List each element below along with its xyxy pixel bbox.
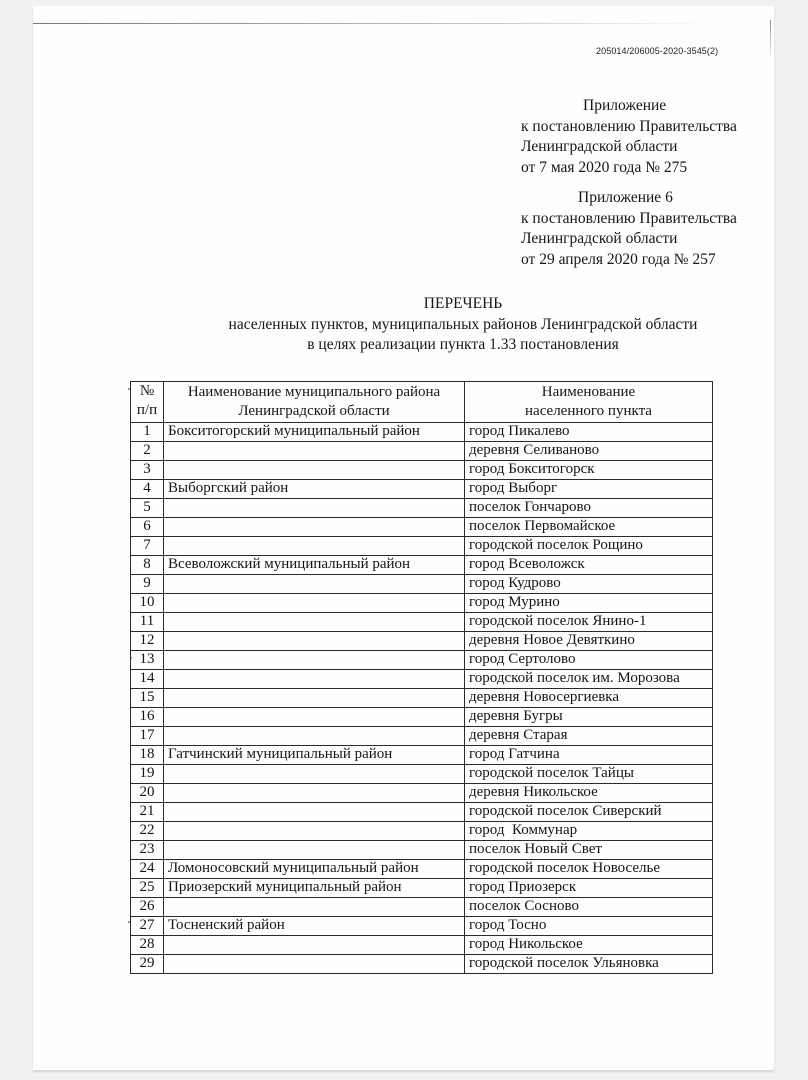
row-number: 21: [131, 803, 164, 822]
settlement-name: поселок Гончарово: [465, 499, 713, 518]
heading-title: ПЕРЕЧЕНЬ: [133, 294, 793, 315]
table-row: 9город Кудрово: [131, 575, 713, 594]
column-header-settlement: Наименование населенного пункта: [465, 382, 713, 423]
district-name: [164, 841, 465, 860]
table-row: 2деревня Селиваново: [131, 442, 713, 461]
document-page: 205014/206005-2020-3545(2) Приложение к …: [33, 6, 774, 1070]
row-number: 8: [131, 556, 164, 575]
table-row: 8Всеволожский муниципальный районгород В…: [131, 556, 713, 575]
settlements-table: № п/п Наименование муниципального района…: [130, 381, 713, 974]
document-number: 205014/206005-2020-3545(2): [596, 46, 718, 56]
row-number: 27: [131, 917, 164, 936]
column-header-number: № п/п: [131, 382, 164, 423]
scan-artifact-line: [33, 23, 713, 24]
row-number: 2: [131, 442, 164, 461]
table-row: 12деревня Новое Девяткино: [131, 632, 713, 651]
table-row: 24Ломоносовский муниципальный районгород…: [131, 860, 713, 879]
table-row: 11городской поселок Янино-1: [131, 613, 713, 632]
settlement-name: город Гатчина: [465, 746, 713, 765]
row-number: 25: [131, 879, 164, 898]
settlement-name: деревня Новое Девяткино: [465, 632, 713, 651]
settlement-name: деревня Бугры: [465, 708, 713, 727]
heading-line: в целях реализации пункта 1.33 постановл…: [133, 335, 793, 356]
settlement-name: деревня Старая: [465, 727, 713, 746]
table-row: 21городской поселок Сиверский: [131, 803, 713, 822]
row-number: 14: [131, 670, 164, 689]
table-row: 5поселок Гончарово: [131, 499, 713, 518]
district-name: [164, 689, 465, 708]
table-row: 14городской поселок им. Морозова: [131, 670, 713, 689]
district-name: [164, 651, 465, 670]
district-name: [164, 537, 465, 556]
district-name: [164, 613, 465, 632]
district-name: Бокситогорский муниципальный район: [164, 423, 465, 442]
settlement-name: город Тосно: [465, 917, 713, 936]
appendix-line: к постановлению Правительства: [521, 117, 781, 138]
row-number: 7: [131, 537, 164, 556]
appendix-title: Приложение 6: [521, 188, 781, 209]
table-row: 26поселок Сосново: [131, 898, 713, 917]
district-name: [164, 727, 465, 746]
settlement-name: городской поселок Рощино: [465, 537, 713, 556]
district-name: [164, 461, 465, 480]
table-row: 10город Мурино: [131, 594, 713, 613]
settlement-name: город Никольское: [465, 936, 713, 955]
district-name: [164, 898, 465, 917]
district-name: Всеволожский муниципальный район: [164, 556, 465, 575]
settlement-name: деревня Новосергиевка: [465, 689, 713, 708]
settlement-name: поселок Первомайское: [465, 518, 713, 537]
row-number: 20: [131, 784, 164, 803]
settlement-name: городской поселок им. Морозова: [465, 670, 713, 689]
district-name: [164, 936, 465, 955]
heading-line: населенных пунктов, муниципальных районо…: [133, 315, 793, 336]
settlement-name: город Пикалево: [465, 423, 713, 442]
settlement-name: город Бокситогорск: [465, 461, 713, 480]
table-row: 23поселок Новый Свет: [131, 841, 713, 860]
row-number: 17: [131, 727, 164, 746]
district-name: Тосненский район: [164, 917, 465, 936]
district-name: [164, 518, 465, 537]
settlement-name: городской поселок Ульяновка: [465, 955, 713, 974]
table-row: 20деревня Никольское: [131, 784, 713, 803]
appendix-reference-2: Приложение 6 к постановлению Правительст…: [521, 188, 781, 270]
appendix-line: от 29 апреля 2020 года № 257: [521, 250, 781, 271]
row-number: 3: [131, 461, 164, 480]
district-name: [164, 784, 465, 803]
settlement-name: городской поселок Янино-1: [465, 613, 713, 632]
row-number: 6: [131, 518, 164, 537]
district-name: Гатчинский муниципальный район: [164, 746, 465, 765]
district-name: [164, 499, 465, 518]
appendix-line: от 7 мая 2020 года № 275: [521, 158, 781, 179]
table-row: 4Выборгский районгород Выборг: [131, 480, 713, 499]
appendix-reference-1: Приложение к постановлению Правительства…: [521, 96, 781, 178]
scan-artifact-edge: [770, 20, 771, 60]
district-name: [164, 632, 465, 651]
row-number: 23: [131, 841, 164, 860]
table-row: 7городской поселок Рощино: [131, 537, 713, 556]
district-name: Приозерский муниципальный район: [164, 879, 465, 898]
table-row: 22город Коммунар: [131, 822, 713, 841]
row-number: 13: [131, 651, 164, 670]
row-number: 10: [131, 594, 164, 613]
table-row: 15деревня Новосергиевка: [131, 689, 713, 708]
table-row: 3город Бокситогорск: [131, 461, 713, 480]
district-name: [164, 594, 465, 613]
district-name: Ломоносовский муниципальный район: [164, 860, 465, 879]
table-row: 18Гатчинский муниципальный районгород Га…: [131, 746, 713, 765]
row-number: 15: [131, 689, 164, 708]
row-number: 22: [131, 822, 164, 841]
settlement-name: город Приозерск: [465, 879, 713, 898]
settlement-name: деревня Селиваново: [465, 442, 713, 461]
table-row: 1Бокситогорский муниципальный районгород…: [131, 423, 713, 442]
row-number: 4: [131, 480, 164, 499]
row-number: 5: [131, 499, 164, 518]
appendix-line: к постановлению Правительства: [521, 209, 781, 230]
settlement-name: город Коммунар: [465, 822, 713, 841]
settlement-name: город Выборг: [465, 480, 713, 499]
table-row: 17деревня Старая: [131, 727, 713, 746]
appendix-title: Приложение: [521, 96, 781, 117]
row-number: 11: [131, 613, 164, 632]
table-row: 6поселок Первомайское: [131, 518, 713, 537]
district-name: [164, 765, 465, 784]
table-row: 27Тосненский районгород Тосно: [131, 917, 713, 936]
settlement-name: деревня Никольское: [465, 784, 713, 803]
settlement-name: город Мурино: [465, 594, 713, 613]
settlement-name: город Кудрово: [465, 575, 713, 594]
settlement-name: городской поселок Сиверский: [465, 803, 713, 822]
row-number: 9: [131, 575, 164, 594]
settlement-name: городской поселок Новоселье: [465, 860, 713, 879]
document-heading: ПЕРЕЧЕНЬ населенных пунктов, муниципальн…: [133, 294, 793, 356]
row-number: 16: [131, 708, 164, 727]
table-row: 16деревня Бугры: [131, 708, 713, 727]
district-name: [164, 708, 465, 727]
table-row: 28город Никольское: [131, 936, 713, 955]
appendix-line: Ленинградской области: [521, 137, 781, 158]
district-name: Выборгский район: [164, 480, 465, 499]
table-row: 13город Сертолово: [131, 651, 713, 670]
column-header-district: Наименование муниципального района Ленин…: [164, 382, 465, 423]
settlement-name: город Сертолово: [465, 651, 713, 670]
row-number: 29: [131, 955, 164, 974]
settlement-name: город Всеволожск: [465, 556, 713, 575]
table-header-row: № п/п Наименование муниципального района…: [131, 382, 713, 423]
settlement-name: поселок Сосново: [465, 898, 713, 917]
table-row: 19городской поселок Тайцы: [131, 765, 713, 784]
appendix-line: Ленинградской области: [521, 229, 781, 250]
table-row: 29городской поселок Ульяновка: [131, 955, 713, 974]
row-number: 12: [131, 632, 164, 651]
table-body: 1Бокситогорский муниципальный районгород…: [131, 423, 713, 974]
row-number: 28: [131, 936, 164, 955]
row-number: 26: [131, 898, 164, 917]
table-row: 25Приозерский муниципальный районгород П…: [131, 879, 713, 898]
settlement-name: поселок Новый Свет: [465, 841, 713, 860]
district-name: [164, 822, 465, 841]
row-number: 24: [131, 860, 164, 879]
settlement-name: городской поселок Тайцы: [465, 765, 713, 784]
district-name: [164, 575, 465, 594]
district-name: [164, 442, 465, 461]
row-number: 18: [131, 746, 164, 765]
row-number: 1: [131, 423, 164, 442]
district-name: [164, 803, 465, 822]
district-name: [164, 670, 465, 689]
row-number: 19: [131, 765, 164, 784]
district-name: [164, 955, 465, 974]
